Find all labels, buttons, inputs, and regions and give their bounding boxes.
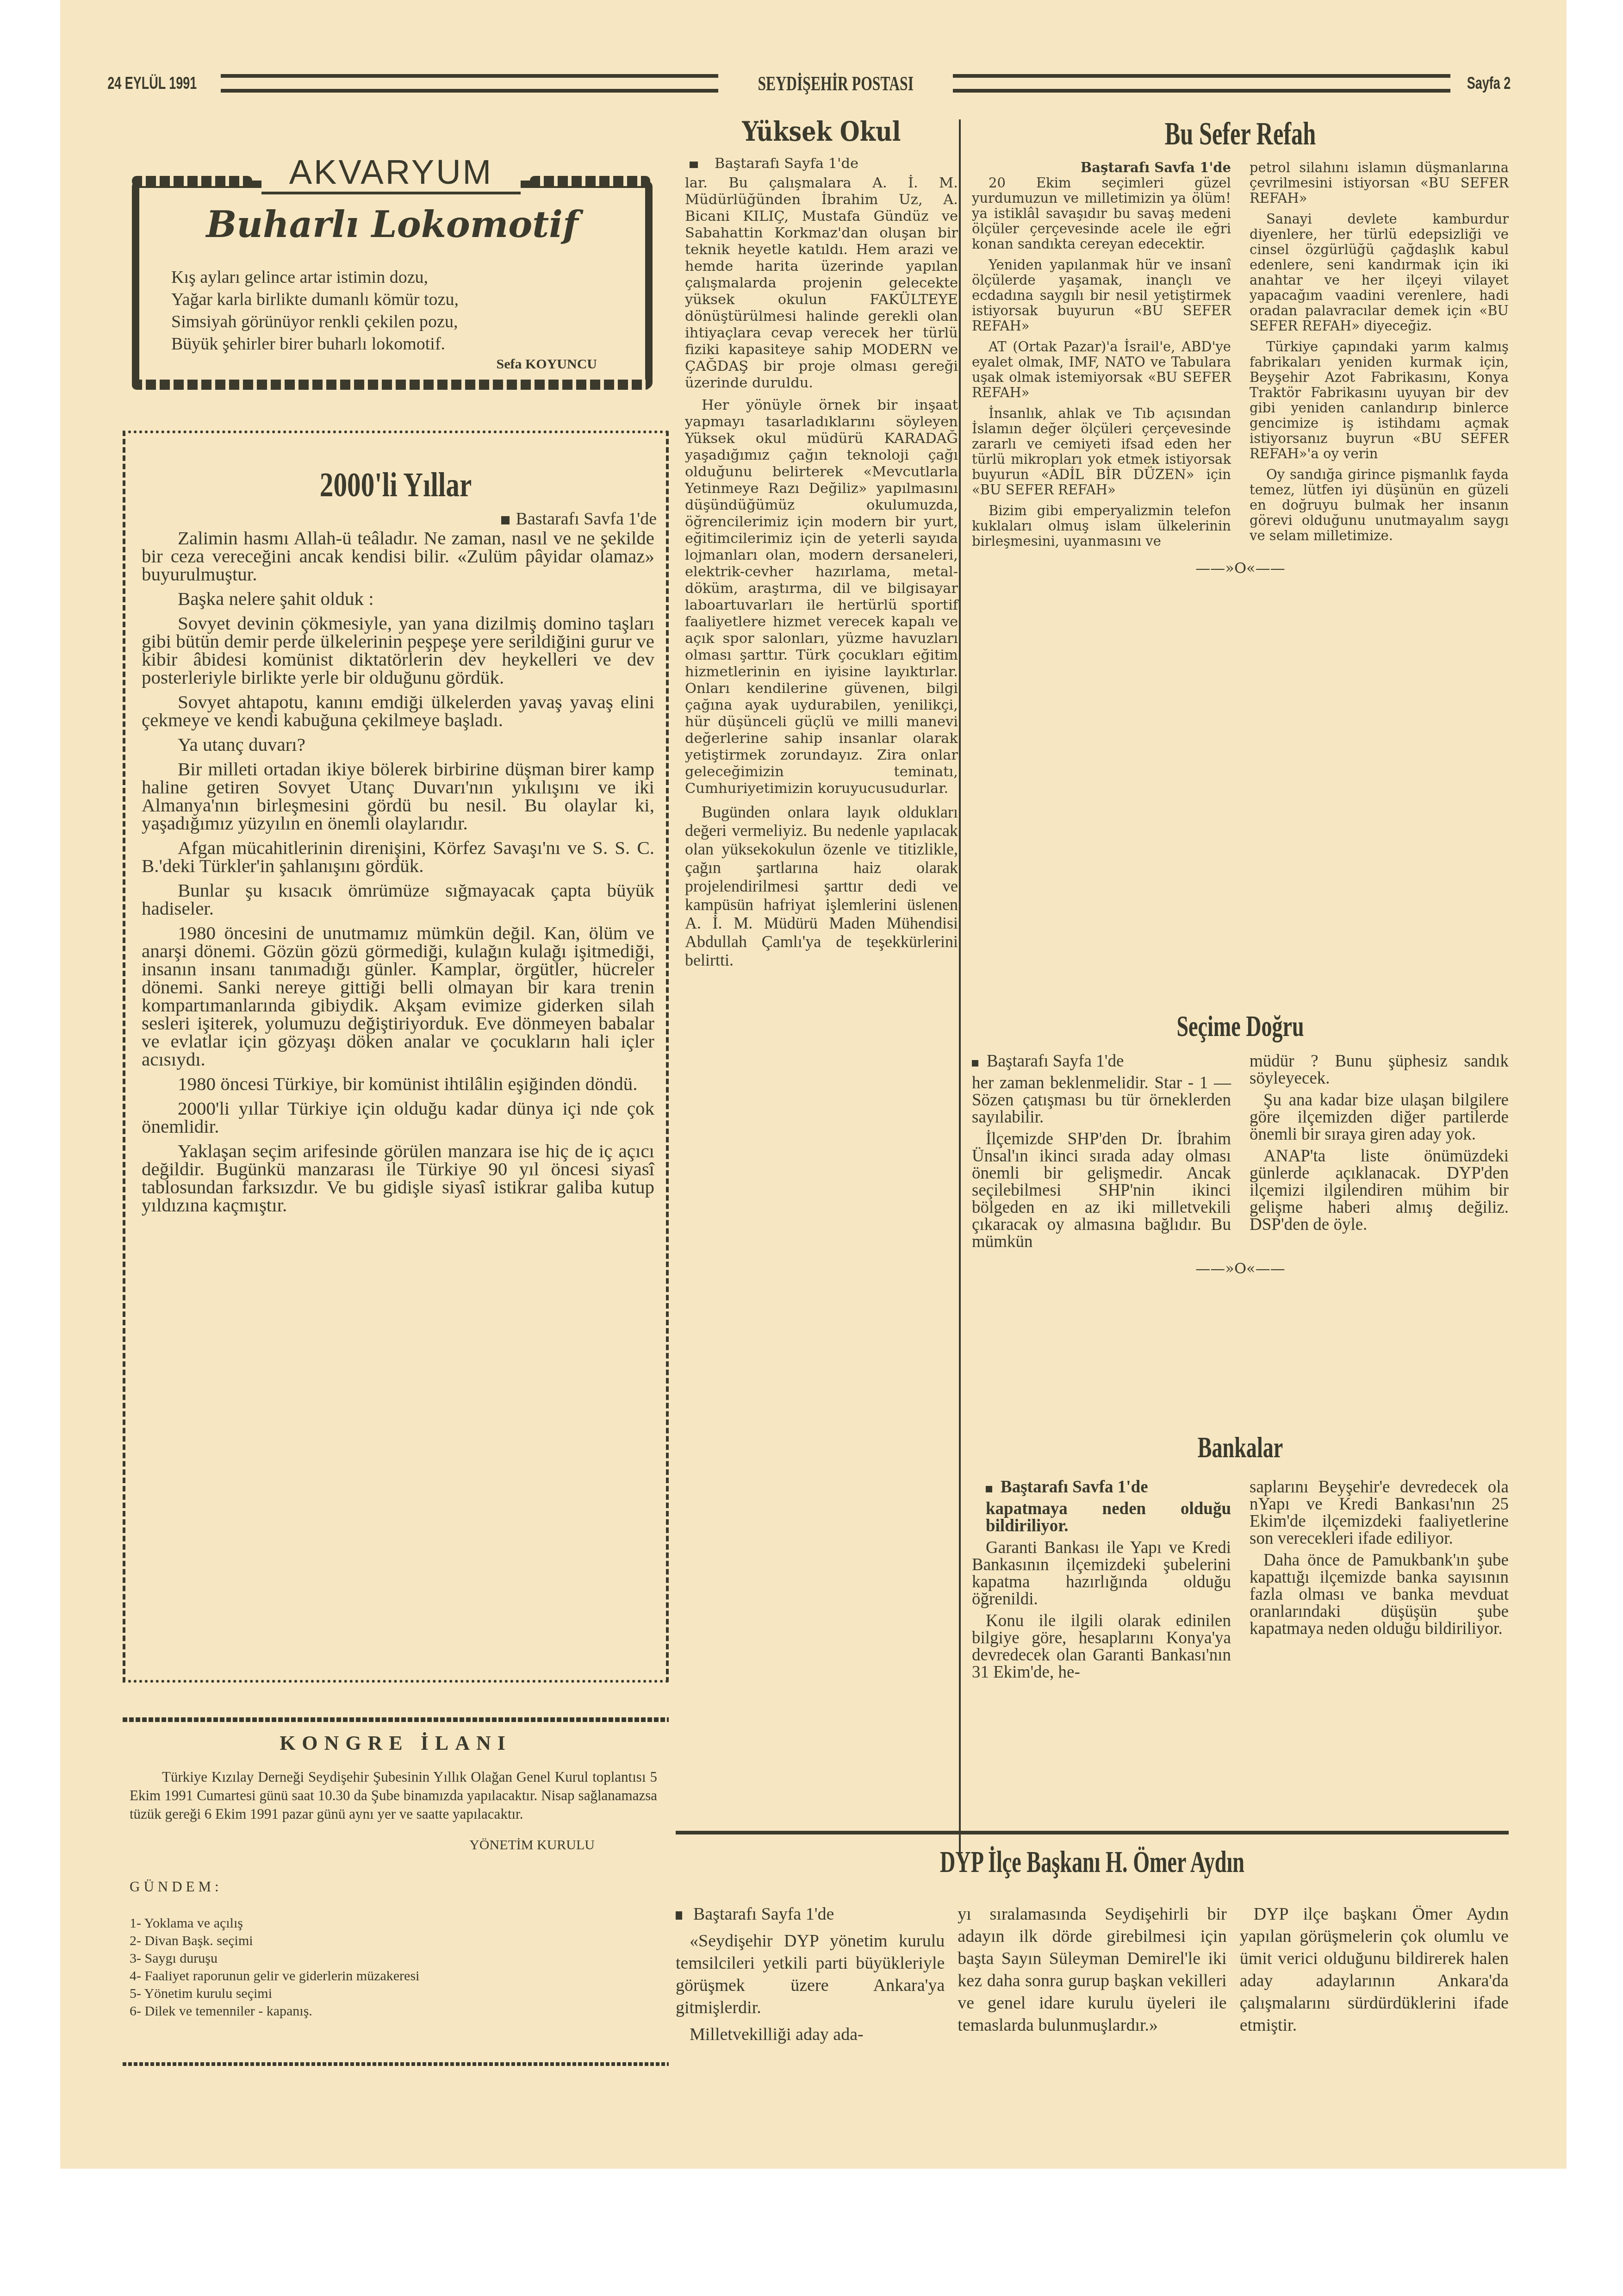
article-column: saplarını Beyşehir'e devredecek ola nYap… xyxy=(1250,1479,1509,1685)
article-column: Baştarafı Sayfa 1'de «Seydişehir DYP yön… xyxy=(676,1903,945,2050)
paragraph: 20 Ekim seçimleri güzel yurdumuzun ve mi… xyxy=(972,175,1231,252)
continued-note: Baştarafı Sayfa 1'de xyxy=(685,156,958,172)
agenda-item: 4- Faaliyet raporunun gelir ve giderleri… xyxy=(130,1967,669,1985)
article-title: 2000'li Yıllar xyxy=(180,466,612,505)
paragraph: müdür ? Bunu şüphesiz sandık söyleyecek. xyxy=(1250,1053,1509,1087)
agenda-item: 3- Saygı duruşu xyxy=(130,1950,669,1967)
article-yuksek-okul: Yüksek Okul Baştarafı Sayfa 1'de lar. Bu… xyxy=(685,116,958,975)
masthead-rule-right xyxy=(953,74,1450,93)
paragraph: yı sıralamasında Seydişehirli bir adayın… xyxy=(958,1903,1226,2036)
paragraph: 2000'li yıllar Türkiye için olduğu kadar… xyxy=(142,1099,654,1136)
article-columns: Baştarafı Savfa 1'de 20 Ekim seçimleri g… xyxy=(972,160,1509,555)
masthead: 24 EYLÜL 1991 SEYDİŞEHİR POSTASI Sayfa 2 xyxy=(93,65,1518,102)
paragraph: İlçemizde SHP'den Dr. İbrahim Ünsal'ın i… xyxy=(972,1130,1231,1250)
poem-line: Kış ayları gelince artar istimin dozu, xyxy=(171,266,459,288)
paragraph: Konu ile ilgili olarak edinilen bilgiye … xyxy=(972,1612,1231,1681)
poem-author: Sefa KOYUNCU xyxy=(497,356,597,372)
paragraph: Bir milleti ortadan ikiye bölerek birbir… xyxy=(142,760,654,832)
akvaryum-box: AKVARYUM Buharlı Lokomotif Kış ayları ge… xyxy=(127,153,657,393)
bullet-square-icon xyxy=(501,516,510,524)
paragraph: saplarını Beyşehir'e devredecek ola nYap… xyxy=(1250,1479,1509,1547)
article-title: Bu Sefer Refah xyxy=(1047,116,1433,153)
paragraph: «Seydişehir DYP yönetim kurulu temsilcil… xyxy=(676,1930,945,2019)
paragraph: Yeniden yapılanmak hür ve insanî ölçüler… xyxy=(972,257,1231,334)
agenda-label: GÜNDEM: xyxy=(130,1878,669,1895)
section-divider: ——»O«—— xyxy=(972,559,1509,577)
column-divider xyxy=(959,119,961,1855)
paragraph: Sovyet devinin çökmesiyle, yan yana dizi… xyxy=(142,614,654,686)
paragraph: Bizim gibi emperyalizmin telefon kuklala… xyxy=(972,503,1231,549)
bullet-square-icon xyxy=(690,162,698,168)
article-column: Baştarafı Savfa 1'de 20 Ekim seçimleri g… xyxy=(972,160,1231,555)
paragraph: Milletvekilliği aday ada- xyxy=(676,2023,945,2046)
article-body: Baştarafı Sayfa 1'de lar. Bu çalışmalara… xyxy=(685,156,958,969)
newspaper-name: SEYDİŞEHİR POSTASI xyxy=(758,72,914,95)
bullet-square-icon xyxy=(986,1486,992,1492)
article-title: Yüksek Okul xyxy=(705,116,938,147)
wave-ornament-icon xyxy=(132,176,252,186)
article-column: DYP ilçe başkanı Ömer Aydın yapılan görü… xyxy=(1240,1903,1509,2050)
paragraph: Daha önce de Pamukbank'ın şube kapattığı… xyxy=(1250,1552,1509,1637)
article-column: Baştarafı Sayfa 1'de her zaman beklenmel… xyxy=(972,1053,1231,1255)
wave-ornament-icon xyxy=(530,176,650,186)
paragraph: 1980 öncesini de unutmamız mümkün değil.… xyxy=(142,924,654,1068)
article-column: petrol silahını islamın düşmanlarına çev… xyxy=(1250,160,1509,555)
paragraph: lar. Bu çalışmalara A. İ. M. Müdürlüğünd… xyxy=(685,175,958,392)
agenda-item: 6- Dilek ve temenniler - kapanış. xyxy=(130,2003,669,2020)
masthead-rule-left xyxy=(221,74,718,93)
agenda-item: 2- Divan Başk. seçimi xyxy=(130,1932,669,1950)
paragraph: Bunlar şu kısacık ömrümüze sığmayacak ça… xyxy=(142,881,654,917)
lead-text: kapatmaya neden olduğu bildiriliyor. xyxy=(972,1500,1231,1535)
agenda-list: 1- Yoklama ve açılış 2- Divan Başk. seçi… xyxy=(130,1915,669,2020)
akvaryum-heading: AKVARYUM xyxy=(261,153,521,194)
poem-line: Simsiyah görünüyor renkli çekilen pozu, xyxy=(171,311,459,333)
article-columns: Baştarafı Savfa 1'de kapatmaya neden old… xyxy=(972,1479,1509,1685)
paragraph: Zalimin hasmı Allah-ü teâladır. Ne zaman… xyxy=(142,529,654,583)
article-columns: Baştarafı Sayfa 1'de her zaman beklenmel… xyxy=(972,1053,1509,1255)
continued-note: Baştarafı Savfa 1'de xyxy=(972,1479,1231,1496)
poem-body: Kış ayları gelince artar istimin dozu, Y… xyxy=(171,266,459,355)
paragraph: Her yönüyle örnek bir inşaat yapmayı tas… xyxy=(685,397,958,797)
article-column: müdür ? Bunu şüphesiz sandık söyleyecek.… xyxy=(1250,1053,1509,1255)
paragraph: petrol silahını islamın düşmanlarına çev… xyxy=(1250,160,1509,206)
poem-title: Buharlı Lokomotif xyxy=(127,204,657,246)
section-divider: ——»O«—— xyxy=(972,1260,1509,1277)
paragraph: Ya utanç duvarı? xyxy=(142,736,654,754)
paragraph: Garanti Bankası ile Yapı ve Kredi Bankas… xyxy=(972,1539,1231,1608)
continued-note: Baştarafı Savfa 1'de xyxy=(972,160,1231,175)
bullet-square-icon xyxy=(972,1060,978,1067)
paragraph: Başka nelere şahit olduk : xyxy=(142,590,654,608)
paragraph: İnsanlık, ahlak ve Tıb açısından İslamın… xyxy=(972,406,1231,498)
kongre-ilani: KONGRE İLANI Türkiye Kızılay Derneği Sey… xyxy=(123,1717,669,2069)
paragraph: Sovyet ahtapotu, kanını emdiği ülkelerde… xyxy=(142,693,654,729)
notice-text: Türkiye Kızılay Derneği Seydişehir Şubes… xyxy=(130,1768,657,1823)
article-dyp-ilce-baskani: DYP İlçe Başkanı H. Ömer Aydın Baştarafı… xyxy=(676,1845,1509,2050)
notice-signature: YÖNETİM KURULU xyxy=(123,1837,595,1853)
wave-ornament-icon xyxy=(132,380,650,390)
wavy-rule xyxy=(123,2062,669,2066)
poem-line: Yağar karla birlikte dumanlı kömür tozu, xyxy=(171,288,459,311)
paragraph: Türkiye çapındaki yarım kalmış fabrikala… xyxy=(1250,339,1509,462)
agenda-item: 1- Yoklama ve açılış xyxy=(130,1915,669,1932)
article-body: Zalimin hasmı Allah-ü teâladır. Ne zaman… xyxy=(142,529,654,1214)
issue-date: 24 EYLÜL 1991 xyxy=(107,74,197,93)
paragraph: AT (Ortak Pazar)'a İsrail'e, ABD'ye eyal… xyxy=(972,339,1231,400)
wavy-rule xyxy=(123,1717,669,1722)
continued-note: Baştarafı Sayfa 1'de xyxy=(676,1903,945,1925)
continued-note: Bastarafı Savfa 1'de xyxy=(125,509,657,529)
paragraph: Oy sandığa girince pişmanlık fayda temez… xyxy=(1250,467,1509,543)
paragraph: her zaman beklenmelidir. Star - 1 — Söze… xyxy=(972,1074,1231,1126)
article-bu-sefer-refah: Bu Sefer Refah Baştarafı Savfa 1'de 20 E… xyxy=(972,116,1509,581)
article-title: Seçime Doğru xyxy=(1047,1009,1433,1043)
bullet-square-icon xyxy=(676,1911,682,1920)
article-2000li-yillar: 2000'li Yıllar Bastarafı Savfa 1'de Zali… xyxy=(123,430,669,1683)
poem-line: Büyük şehirler birer buharlı lokomotif. xyxy=(171,333,459,355)
paragraph: Yaklaşan seçim arifesinde görülen manzar… xyxy=(142,1142,654,1214)
article-column: Baştarafı Savfa 1'de kapatmaya neden old… xyxy=(972,1479,1231,1685)
article-secime-dogru: Seçime Doğru Baştarafı Sayfa 1'de her za… xyxy=(972,1009,1509,1282)
paragraph: Şu ana kadar bize ulaşan bilgilere göre … xyxy=(1250,1092,1509,1143)
article-column: yı sıralamasında Seydişehirli bir adayın… xyxy=(958,1903,1226,2050)
page-number: Sayfa 2 xyxy=(1467,74,1511,93)
notice-title: KONGRE İLANI xyxy=(123,1731,669,1755)
paragraph: 1980 öncesi Türkiye, bir komünist ihtilâ… xyxy=(142,1075,654,1093)
agenda-item: 5- Yönetim kurulu seçimi xyxy=(130,1985,669,2003)
paragraph: DYP ilçe başkanı Ömer Aydın yapılan görü… xyxy=(1240,1903,1509,2036)
paragraph: ANAP'ta liste önümüzdeki günlerde açıkla… xyxy=(1250,1148,1509,1233)
article-columns: Baştarafı Sayfa 1'de «Seydişehir DYP yön… xyxy=(676,1903,1509,2050)
article-title: Bankalar xyxy=(1047,1430,1433,1465)
paragraph: Bugünden onlara layık oldukları değeri v… xyxy=(685,803,958,969)
paragraph: Afgan mücahitlerinin direnişini, Körfez … xyxy=(142,839,654,875)
article-title: DYP İlçe Başkanı H. Ömer Aydın xyxy=(801,1845,1384,1880)
paragraph: Sanayi devlete kamburdur diyenlere, her … xyxy=(1250,212,1509,334)
continued-note: Baştarafı Sayfa 1'de xyxy=(972,1053,1231,1070)
article-bankalar: Bankalar Baştarafı Savfa 1'de kapatmaya … xyxy=(972,1430,1509,1685)
section-rule xyxy=(676,1831,1509,1834)
